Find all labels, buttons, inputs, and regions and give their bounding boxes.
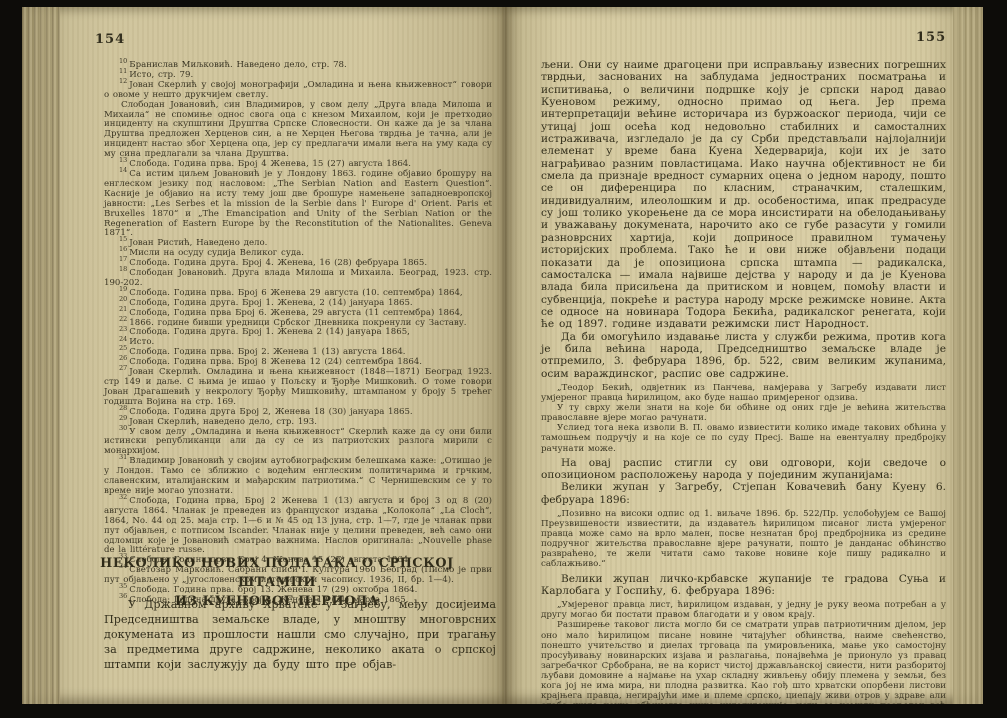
footnote-text: Слободан Јовановић. Друга влада Милоша и…	[104, 268, 492, 288]
paragraph: Да би омогућило издавање листа у служби …	[541, 331, 946, 380]
footnote-number: 16	[119, 245, 127, 253]
footnote-text: Јован Скерлић у својој монографији „Омла…	[104, 80, 492, 100]
paragraph: „Умјереног правца лист, ћирилицом издава…	[541, 600, 946, 620]
footnote-text: Исто, стр. 79.	[129, 70, 193, 80]
footnote-entry: Слободан Јовановић, син Владимиров, у св…	[104, 101, 492, 160]
footnote-entry: 23Слобода. Година друга. Број 1. Женева …	[104, 328, 492, 338]
footnote-number: 30	[119, 424, 127, 432]
footnote-block: 10Бранислав Миљковић. Наведено дело, стр…	[104, 61, 492, 606]
footnote-number: 13	[119, 156, 127, 164]
section-heading-line1: НЕКОЛИКО НОВИХ ПОДАТАКА О СРПСКОЈ ШТАМПИ	[77, 554, 477, 592]
footnote-number: 32	[119, 493, 127, 501]
footnote-text: Бранислав Миљковић. Наведено дело, стр. …	[129, 60, 346, 70]
footnote-number: 12	[119, 77, 127, 85]
footnote-number: 19	[119, 285, 127, 293]
footnote-entry: 30У свом делу „Омладина и њена књижевнос…	[104, 428, 492, 458]
footnote-number: 22	[119, 315, 127, 323]
footnote-number: 27	[119, 364, 127, 372]
footnote-text: Слобода. Година друга. Број 1. Женева 2 …	[129, 327, 410, 337]
footnote-number: 28	[119, 404, 127, 412]
footnote-text: Исто.	[129, 337, 154, 347]
paragraph: „Теодор Бекић, одвјетник из Панчева, нам…	[541, 383, 946, 403]
paragraph: На овај распис стигли су ови одговори, к…	[541, 457, 946, 482]
paragraph: Услиед тога нека изволи В. П. овамо изви…	[541, 423, 946, 453]
footnote-entry: 12Јован Скерлић у својој монографији „Ом…	[104, 81, 492, 101]
footnote-number: 20	[119, 295, 127, 303]
footnote-entry: 14Са истим циљем Јовановић је у Лондону …	[104, 170, 492, 239]
footnote-text: Јован Скерлић, наведено дело, стр. 193.	[129, 417, 317, 427]
footnote-text: Слобода. Година прва. Број 6 Женева 29 а…	[129, 288, 462, 298]
footnote-text: Слободан Јовановић, син Владимиров, у св…	[104, 100, 492, 160]
footnote-text: Владимир Јовановић у својим аутобиографс…	[104, 456, 492, 496]
footnote-text: Јован Скерлић. Омладина и њена књижевнос…	[104, 367, 492, 407]
footnote-number: 24	[119, 335, 127, 343]
paragraph: љени. Они су наиме драгоцени при исправљ…	[541, 59, 946, 331]
footnote-text: Слобода. Година прва. Број 8 Женева 12 (…	[129, 357, 422, 367]
footnote-number: 17	[119, 255, 127, 263]
footnote-number: 31	[119, 453, 127, 461]
footnote-entry: 31Владимир Јовановић у својим аутобиогра…	[104, 457, 492, 497]
paragraph: Велики жупан у Загребу, Стјепан Ковачеви…	[541, 481, 946, 506]
page-number-right: 155	[916, 30, 946, 45]
footnote-number: 29	[119, 414, 127, 422]
footnote-text: У свом делу „Омладина и њена књижевност“…	[104, 427, 492, 457]
footnote-text: Слобода, Година прва, Број 2 Женева 1 (1…	[104, 496, 492, 556]
paragraph: „Позивно на високи одпис од 1. виљаче 18…	[541, 509, 946, 570]
paragraph: У ту сврху жели знати на које би обћине …	[541, 403, 946, 423]
footnote-text: Јован Ристић, Наведено дело.	[129, 238, 267, 248]
footnote-number: 18	[119, 265, 127, 273]
footnote-text: Слобода. Година прва. Број 2. Женева 1 (…	[129, 347, 405, 357]
paragraph: Велики жупан личко-крбавске жупаније те …	[541, 573, 946, 598]
footnote-text: Мисли на осуду судија Великог суда.	[129, 248, 304, 258]
intro-paragraph: У Државном архиву Хрватске у Загребу, ме…	[104, 598, 496, 673]
page-number-left: 154	[95, 32, 125, 47]
footnote-text: Слобода, Година прва Број 6. Женева, 29 …	[129, 308, 462, 318]
footnote-number: 15	[119, 235, 127, 243]
footnote-number: 11	[119, 67, 127, 75]
footnote-number: 25	[119, 344, 127, 352]
right-page-text: љени. Они су наиме драгоцени при исправљ…	[541, 59, 946, 704]
footnote-entry: 27Јован Скерлић. Омладина и њена књижевн…	[104, 368, 492, 408]
footnote-text: Слобода. Година прва. Број 4 Женева, 15 …	[129, 159, 411, 169]
footnote-number: 21	[119, 305, 127, 313]
left-page: 154 10Бранислав Миљковић. Наведено дело,…	[22, 7, 505, 704]
footnote-number: 26	[119, 354, 127, 362]
footnote-entry: 18Слободан Јовановић. Друга влада Милоша…	[104, 269, 492, 289]
footnote-number: 23	[119, 325, 127, 333]
book-scan: 154 10Бранислав Миљковић. Наведено дело,…	[0, 0, 1007, 718]
footnote-entry: 32Слобода, Година прва, Број 2 Женева 1 …	[104, 497, 492, 556]
paragraph: Разширење таковог листа могло би се смат…	[541, 620, 946, 704]
footnote-number: 14	[119, 166, 127, 174]
footnote-text: Са истим циљем Јовановић је у Лондону 18…	[104, 169, 492, 238]
footnote-text: Слобода, Година друга. Број 1. Женева, 2…	[129, 298, 412, 308]
right-page: 155 љени. Они су наиме драгоцени при исп…	[505, 7, 983, 704]
footnote-text: Слобода. Година друга. Број 4. Женева, 1…	[129, 258, 427, 268]
footnote-number: 10	[119, 57, 127, 65]
footnote-text: Слобода. Година друга Број 2, Женева 18 …	[129, 407, 412, 417]
